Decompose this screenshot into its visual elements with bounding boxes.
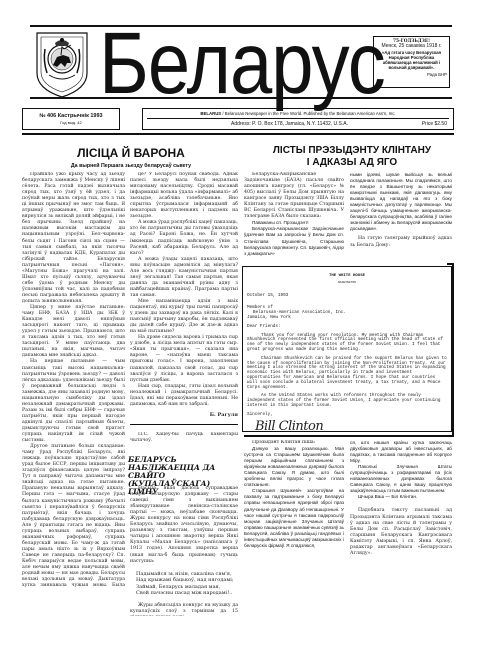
- notice-signature: Рада БНР: [376, 72, 447, 77]
- letterhead-sub: WASHINGTON: [247, 281, 447, 286]
- publisher-name: BELARUS: [200, 111, 221, 116]
- translation-column-2: ся, што нашыя краіны хутка заключаць дву…: [350, 440, 452, 590]
- paragraph: А можа ўлады хацелі паказаць, што яны по…: [130, 257, 238, 299]
- paragraph: Паколькі Злучаныя Штаты супрацоўнічаюць …: [350, 464, 452, 494]
- article-subheadline: Да вырней Першага зьезду беларусаў сьвет…: [22, 163, 240, 169]
- masthead-bottom-rule: [30, 97, 452, 99]
- paragraph: На гэтую тэлеграму прыйшоў адказ зь Бела…: [350, 236, 452, 248]
- letter-paragraph: Thank you for sending your resolution. M…: [247, 334, 447, 353]
- paragraph: А можа ўрад рэспублікі хацеў паказаць, х…: [130, 220, 238, 256]
- headline-line: І АДКАЗЫ АД ЯГО: [250, 157, 454, 169]
- letters-column-1: Беларуска-Амэрыканскае Задзіночаньне (БА…: [244, 172, 344, 262]
- paragraph: це? У Беларусі поўная свабода. Аднак пал…: [130, 172, 238, 220]
- poem-line: Над крыжамі бацькоў, над нягодамі;: [136, 577, 238, 584]
- anniversary-notice-box: 75-ГОДЗЬДЗЕ! Менск, 25 сакавіка 1918 г. …: [373, 36, 450, 88]
- letter-addressee: Jamaica, New York: [247, 316, 447, 321]
- paragraph: Беларуска-Амэрыканскае Задзіночаньне (БА…: [244, 172, 344, 220]
- article-byline: Б. Рагуля: [130, 412, 238, 420]
- byline-rule: [130, 424, 238, 425]
- poem-line: Свой пачэсны пасад між народамі!..: [136, 590, 238, 597]
- paragraph: Насьпа, якая дасюль суправаджае новую бе…: [130, 486, 238, 565]
- poem-line: Займай, Беларусь маладая мая,: [136, 584, 238, 591]
- pahonia-coat-of-arms-icon: [33, 29, 91, 99]
- paragraph: ными ідэямі, шукае выйсьця зь вельмі скл…: [350, 172, 452, 232]
- postscript: П.С. Хацеў-бы пачуць каментары чытачоў.: [130, 432, 238, 446]
- paragraph: Беларуска-Амэрыканскае Задзіночаньне ўдз…: [244, 226, 344, 256]
- postscript-text: П.С. Хацеў-бы пачуць каментары чытачоў.: [130, 432, 238, 444]
- issue-info-box: № 406 Кастрычнік 1993 Год выд. 42: [22, 108, 120, 130]
- headline-line: ЛІСТЫ ПРЭЗЫДЭНТУ КЛІНТАНУ: [250, 145, 454, 157]
- publisher-info-box: BELARUS / Belarusan Newspaper in the Fre…: [142, 108, 454, 130]
- article-column-2: це? У Беларусі поўная свабода. Аднак пал…: [130, 172, 238, 412]
- letters-article-headline: ЛІСТЫ ПРЭЗЫДЭНТУ КЛІНТАНУ І АДКАЗЫ АД ЯГ…: [250, 145, 454, 168]
- paragraph: Дзякую за вашу рэзалюцыю. Мая сустрэча с…: [244, 446, 344, 488]
- paragraph: Старшыня Шушкевіч заслугоўвае на пахвалу…: [244, 488, 344, 548]
- paragraph: На першае пытаньне — чым паясьніць такі …: [22, 359, 125, 444]
- poem-stanza: Падымайся зь нізін, сакаліна сям'я, Над …: [130, 571, 238, 597]
- paragraph: Прайшло ўжо крыху часу ад зьезду беларус…: [22, 172, 125, 305]
- notice-place-date: Менск, 25 сакавіка 1918 г.: [376, 44, 447, 49]
- paragraph: Журы абвясьціла конкурс на музыку да куп…: [130, 603, 238, 616]
- issue-number: № 406 Кастрычнік 1993: [23, 113, 119, 119]
- article-headline: ЛІСІЦА Й ВАРОНА: [22, 147, 240, 160]
- letterhead: THE WHITE HOUSE: [247, 274, 447, 279]
- clinton-signature: Bill Clinton: [255, 420, 447, 434]
- paragraph: Шчыра Ваш — Біл Клінтан.: [350, 494, 452, 500]
- publisher-description: / Belarusan Newspaper in the Free World.…: [221, 111, 395, 116]
- publisher-address: Address: P. O. Box 178, Jamaica, N.Y. 11…: [231, 121, 348, 127]
- letter-paragraph: As the United States works with reformer…: [247, 394, 447, 408]
- letter-date: October 15, 1993: [247, 294, 447, 299]
- notice-quote: «Ад гэтага часу Беларуская Народная Рэсп…: [376, 50, 447, 71]
- paragraph: На дрэве сядзела варона і трымала сыр у …: [130, 335, 238, 383]
- paragraph: Цяпер у мяне паўстае пытаньне: чаму БНФ,…: [22, 305, 125, 359]
- paragraph: Наш сыр, спадары, гэты ідэал вольнай нез…: [130, 384, 238, 408]
- white-house-letter: THE WHITE HOUSE WASHINGTON October 15, 1…: [242, 266, 452, 432]
- translation-column-1: Прэзыдэнт Клінтан піша: Дзякую за вашу р…: [244, 440, 344, 590]
- paragraph: Мне напамінаецца адзін з маіх пацыентаў,…: [130, 299, 238, 335]
- letter-closing: Sincerely,: [247, 413, 447, 418]
- issue-year: Год выд. 42: [23, 120, 119, 125]
- header-separator-rule: [22, 133, 454, 135]
- letters-column-2: ными ідэямі, шукае выйсьця зь вельмі скл…: [350, 172, 452, 262]
- paragraph: Другое пытаньне больш складанае: чаму ўр…: [22, 444, 125, 588]
- address-line: Address: P. O. Box 178, Jamaica, N.Y. 11…: [143, 121, 453, 129]
- letter-paragraph: Chairman Shushkevich can be praised for …: [247, 357, 447, 391]
- article-column-1: Прайшло ўжо крыху часу ад зьезду беларус…: [22, 172, 125, 588]
- paragraph: Падобнага тэксту пасланьні ад Прэзыдэнта…: [350, 508, 452, 556]
- anthem-article-body: Насьпа, якая дасюль суправаджае новую бе…: [130, 486, 238, 616]
- paragraph: ся, што нашыя краіны хутка заключаць дву…: [350, 440, 452, 464]
- letter-salutation: Dear Friends:: [247, 325, 447, 330]
- issue-price: Price $2.50: [422, 121, 447, 127]
- publisher-line: BELARUS / Belarusan Newspaper in the Fre…: [147, 111, 449, 119]
